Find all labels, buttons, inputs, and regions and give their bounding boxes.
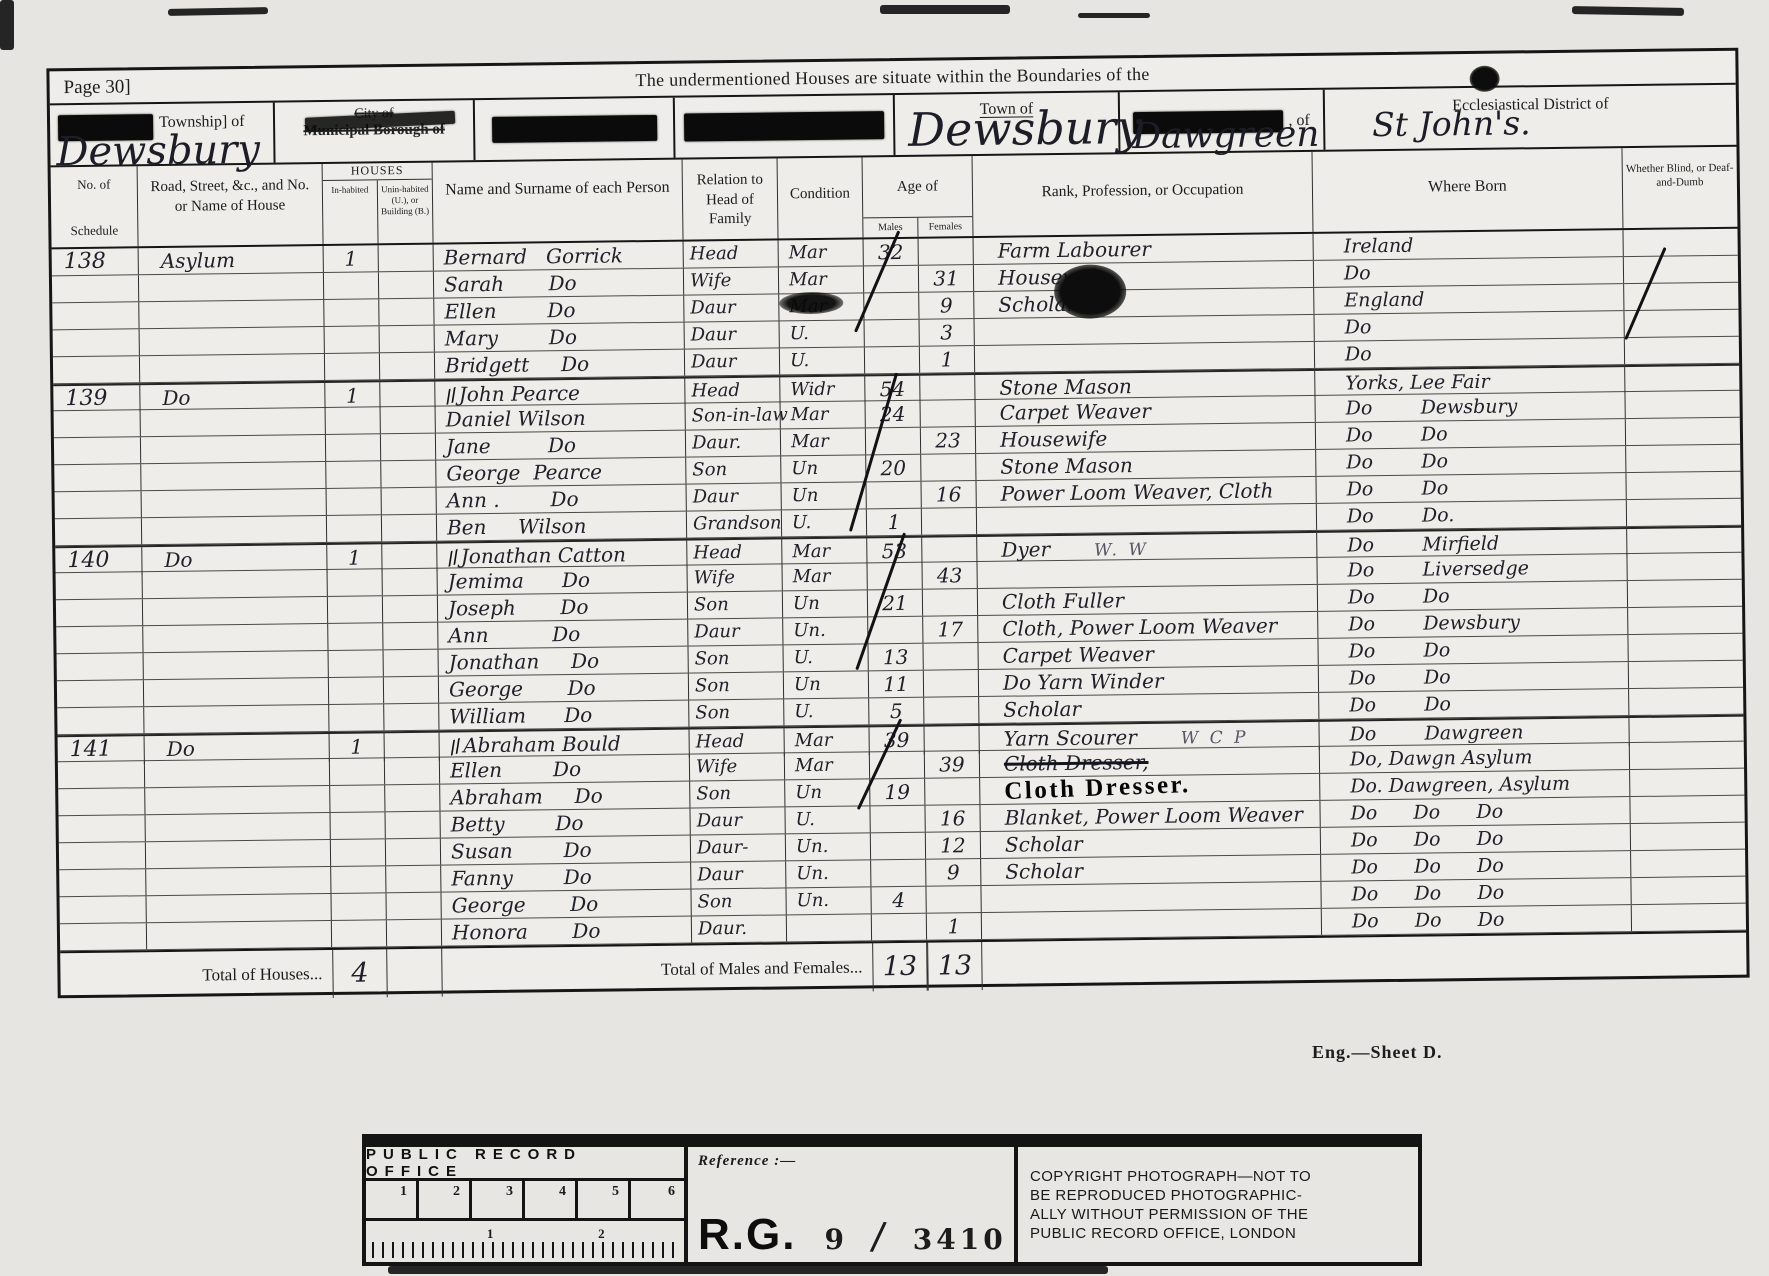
cell-inhabited xyxy=(329,677,384,704)
cell-born: Do Do. xyxy=(1317,500,1627,530)
cell-age-males: 4 xyxy=(871,887,926,914)
cell-blind xyxy=(1625,366,1739,393)
cell-name: George Do xyxy=(439,674,689,703)
pro-stamp-scale-section: PUBLIC RECORD OFFICE 123456 1 2 xyxy=(366,1147,688,1262)
cell-schedule xyxy=(53,329,140,356)
cell-name: Bernard Gorrick xyxy=(434,242,684,271)
cell-schedule xyxy=(56,572,143,599)
cell-inhabited xyxy=(327,488,382,515)
cell-occupation: Cloth Fuller xyxy=(978,585,1318,615)
cell-uninhabited xyxy=(379,245,434,272)
cell-inhabited xyxy=(326,407,381,434)
cell-age-males xyxy=(868,617,923,644)
cell-name: George Do xyxy=(441,890,691,919)
cell-age-females: 9 xyxy=(926,859,981,886)
cell-road xyxy=(145,759,330,787)
cell-age-females xyxy=(923,589,978,616)
cell-relation: Son xyxy=(691,888,786,915)
cell-relation: Son xyxy=(688,645,783,672)
redacted-box xyxy=(675,95,896,158)
cell-relation: Daur xyxy=(687,483,782,510)
cell-condition: Mar xyxy=(781,428,866,455)
cell-road xyxy=(139,300,324,328)
cell-inhabited xyxy=(331,839,386,866)
cell-name: Joseph Do xyxy=(438,593,688,622)
col-born-label: Where Born xyxy=(1428,178,1507,196)
cell-road xyxy=(144,678,329,706)
cell-inhabited xyxy=(331,812,386,839)
cell-schedule: 139 xyxy=(53,385,140,412)
cell-age-females xyxy=(921,454,976,481)
cell-schedule: 138 xyxy=(52,248,139,275)
cell-relation: Grandson xyxy=(687,510,782,537)
cell-road xyxy=(147,894,332,922)
copyright-line: BE REPRODUCED PHOTOGRAPHIC- xyxy=(1030,1187,1406,1204)
cell-condition: U. xyxy=(780,347,865,374)
cell-age-males xyxy=(871,860,926,887)
cell-relation: Son xyxy=(686,456,781,483)
cell-occupation: Carpet Weaver xyxy=(978,639,1318,669)
cell-schedule xyxy=(58,761,145,788)
pro-stamp: PUBLIC RECORD OFFICE 123456 1 2 Referenc… xyxy=(362,1134,1422,1266)
cell-blind xyxy=(1626,472,1740,499)
cell-condition: Un. xyxy=(783,617,868,644)
cell-schedule xyxy=(55,491,142,518)
household-mark: // xyxy=(445,385,457,409)
cell-relation: Head xyxy=(684,240,779,267)
cell-born: Do xyxy=(1314,257,1624,287)
town-value-handwriting: Dewsbury xyxy=(908,100,1143,157)
cell-uninhabited xyxy=(381,434,436,461)
total-houses-value: 4 xyxy=(332,949,388,998)
cell-born: Do Do xyxy=(1319,689,1629,719)
cell-name: Ann . Do xyxy=(437,485,687,514)
totals-spacer xyxy=(387,949,443,998)
cell-occupation xyxy=(982,909,1322,939)
col-relation: Relation to Head of Family xyxy=(683,158,779,239)
cell-born: Do Do Do xyxy=(1321,878,1631,908)
cell-name: Jane Do xyxy=(436,431,686,460)
cell-schedule xyxy=(52,275,139,302)
cell-born: Do Do Do xyxy=(1321,851,1631,881)
cell-relation: Daur xyxy=(691,861,786,888)
cell-inhabited xyxy=(328,569,383,596)
cell-occupation: Scholar xyxy=(979,693,1319,723)
cell-inhabited xyxy=(324,272,379,299)
cell-relation: Daur xyxy=(684,294,779,321)
copyright-line: ALLY WITHOUT PERMISSION OF THE xyxy=(1030,1206,1406,1223)
cell-blind xyxy=(1624,256,1738,283)
cell-name: Betty Do xyxy=(440,809,690,838)
cell-condition: Un. xyxy=(786,833,871,860)
cell-occupation: Housewife xyxy=(976,423,1316,453)
scale-number: 5 xyxy=(578,1181,631,1218)
col-females: Females xyxy=(918,217,972,237)
cell-blind xyxy=(1624,310,1738,337)
cell-inhabited xyxy=(326,461,381,488)
cell-uninhabited xyxy=(384,704,439,731)
cell-age-males xyxy=(870,806,925,833)
census-form: Page 30] The undermentioned Houses are s… xyxy=(46,48,1749,999)
cell-schedule xyxy=(52,302,139,329)
cell-age-females: 31 xyxy=(919,265,974,292)
cell-born: Do Dewsbury xyxy=(1318,608,1628,638)
cell-occupation xyxy=(977,558,1317,588)
cell-schedule xyxy=(54,410,141,437)
cell-name: Ellen Do xyxy=(440,755,690,784)
cell-age-males xyxy=(864,293,919,320)
cell-uninhabited xyxy=(379,272,434,299)
pro-ruler: 1 2 xyxy=(366,1221,684,1262)
cell-road: Do xyxy=(140,383,325,411)
cell-blind xyxy=(1632,904,1746,931)
cell-age-females: 12 xyxy=(926,832,981,859)
pro-stamp-reference-section: Reference :— R.G. 9 / 3410 xyxy=(688,1147,1018,1262)
cell-occupation: Scholar xyxy=(974,288,1314,318)
cell-road xyxy=(146,867,331,895)
reference-piece: 9 xyxy=(824,1223,843,1256)
cell-uninhabited xyxy=(383,623,438,650)
cell-age-males: 19 xyxy=(870,779,925,806)
cell-schedule xyxy=(59,815,146,842)
copyright-line: COPYRIGHT PHOTOGRAPH—NOT TO xyxy=(1030,1168,1406,1185)
cell-blind xyxy=(1629,661,1743,688)
scan-smudge xyxy=(388,1266,1108,1274)
pro-stamp-copyright-section: COPYRIGHT PHOTOGRAPH—NOT TOBE REPRODUCED… xyxy=(1018,1147,1418,1262)
cell-name: Mary Do xyxy=(435,323,685,352)
cell-uninhabited xyxy=(381,461,436,488)
cell-born: Do Do xyxy=(1316,419,1626,449)
cell-born: Do Do xyxy=(1318,581,1628,611)
ruler-number: 1 xyxy=(487,1226,494,1242)
cell-road xyxy=(147,921,332,949)
cell-age-males: 20 xyxy=(866,455,921,482)
col-road-label: Road, Street, &c., and No. or Name of Ho… xyxy=(150,177,309,214)
col-inhabited: In-habited xyxy=(323,180,379,244)
cell-relation: Daur. xyxy=(692,915,787,942)
col-occupation-label: Rank, Profession, or Occupation xyxy=(1041,181,1243,200)
cell-uninhabited xyxy=(379,299,434,326)
cell-inhabited xyxy=(329,650,384,677)
total-mf-label: Total of Males and Females... xyxy=(442,943,873,996)
cell-condition: Un xyxy=(784,671,869,698)
cell-condition: U. xyxy=(780,320,865,347)
cell-schedule xyxy=(55,518,142,545)
ruler-ticks xyxy=(372,1242,678,1258)
cell-inhabited xyxy=(325,353,380,380)
cell-condition: Un xyxy=(783,590,868,617)
cell-age-males xyxy=(872,914,927,941)
cell-relation: Daur. xyxy=(686,429,781,456)
cell-relation: Daur xyxy=(685,348,780,375)
cell-name: Abraham Do xyxy=(440,782,690,811)
cell-occupation xyxy=(981,882,1321,912)
cell-age-females xyxy=(925,778,980,805)
cell-born: Do Do Do xyxy=(1321,824,1631,854)
cell-name: Sarah Do xyxy=(434,269,684,298)
cell-born: Ireland xyxy=(1313,230,1623,260)
cell-born: Do Dewsbury xyxy=(1315,392,1625,422)
cell-uninhabited xyxy=(387,920,442,947)
cell-occupation: Blanket, Power Loom Weaver xyxy=(980,801,1320,831)
reference-separator: / xyxy=(869,1213,888,1258)
col-condition-label: Condition xyxy=(790,186,850,203)
cell-name: Daniel Wilson xyxy=(436,404,686,433)
scan-smudge xyxy=(880,5,1010,14)
cell-condition: Mar xyxy=(779,239,864,266)
cell-road xyxy=(140,354,325,382)
cell-inhabited xyxy=(325,326,380,353)
cell-age-females xyxy=(922,508,977,535)
cell-age-males: 13 xyxy=(868,644,923,671)
cell-born: Do Do xyxy=(1316,473,1626,503)
pro-scale-cells: 123456 xyxy=(366,1181,684,1221)
cell-uninhabited xyxy=(386,893,441,920)
cell-age-females: 39 xyxy=(925,751,980,778)
household-mark: // xyxy=(446,547,458,571)
cell-inhabited xyxy=(332,920,387,947)
cell-blind xyxy=(1625,337,1739,364)
cell-inhabited xyxy=(328,623,383,650)
cell-uninhabited xyxy=(382,488,437,515)
cell-inhabited: 1 xyxy=(324,245,379,272)
cell-born: England xyxy=(1314,284,1624,314)
cell-road xyxy=(139,273,324,301)
reference-label: Reference :— xyxy=(698,1153,1004,1170)
cell-born: Do Liversedge xyxy=(1317,554,1627,584)
cell-relation: Head xyxy=(685,377,780,404)
cell-inhabited xyxy=(331,893,386,920)
cell-blind xyxy=(1628,634,1742,661)
cell-age-females: 16 xyxy=(921,481,976,508)
cell-age-males: 1 xyxy=(867,509,922,536)
cell-age-females xyxy=(924,697,979,724)
cell-uninhabited xyxy=(382,515,437,542)
cell-age-females: 23 xyxy=(921,427,976,454)
cell-inhabited xyxy=(326,434,381,461)
col-schedule: No. of Schedule xyxy=(51,166,139,247)
cell-relation: Wife xyxy=(690,753,785,780)
cell-age-females xyxy=(920,375,975,402)
cell-born: Do Do xyxy=(1319,662,1629,692)
cell-uninhabited xyxy=(380,326,435,353)
cell-road xyxy=(141,435,326,463)
cell-schedule xyxy=(58,788,145,815)
cell-occupation xyxy=(975,342,1315,372)
cell-born: Do. Dawgreen, Asylum xyxy=(1320,770,1630,800)
cell-age-females xyxy=(926,886,981,913)
scan-smudge xyxy=(1078,13,1150,18)
cell-condition: Un xyxy=(781,455,866,482)
cell-blind xyxy=(1625,391,1739,418)
cell-age-males xyxy=(865,320,920,347)
col-relation-label: Relation to Head of Family xyxy=(697,172,763,228)
cell-occupation: Power Loom Weaver, Cloth xyxy=(976,477,1316,507)
cell-condition: Un. xyxy=(786,887,871,914)
cell-blind xyxy=(1631,823,1745,850)
redacted-box xyxy=(475,98,676,160)
household-mark: // xyxy=(449,736,461,760)
cell-uninhabited xyxy=(386,839,441,866)
cell-condition: Mar xyxy=(779,266,864,293)
cell-name: Honora Do xyxy=(442,917,692,946)
hamlet-value-handwriting: Dawgreen xyxy=(1132,114,1320,157)
cell-age-males: 11 xyxy=(869,671,924,698)
cell-condition: Un xyxy=(785,779,870,806)
cell-road xyxy=(146,840,331,868)
cell-uninhabited xyxy=(386,866,441,893)
township-value-handwriting: Dewsbury xyxy=(56,127,260,175)
cell-uninhabited xyxy=(384,650,439,677)
cell-blind xyxy=(1627,553,1741,580)
borough-box: City of Municipal Borough of xyxy=(275,100,476,162)
cell-blind xyxy=(1626,418,1740,445)
cell-schedule xyxy=(53,356,140,383)
cell-uninhabited xyxy=(383,596,438,623)
pro-office-label: PUBLIC RECORD OFFICE xyxy=(366,1147,684,1181)
cell-relation: Wife xyxy=(684,267,779,294)
cell-occupation: Cloth Dresser. xyxy=(980,774,1320,804)
cell-relation: Son xyxy=(688,591,783,618)
cell-born: Do Do xyxy=(1318,635,1628,665)
cell-name: Ben Wilson xyxy=(437,512,687,541)
cell-uninhabited xyxy=(383,569,438,596)
cell-road xyxy=(143,597,328,625)
cell-name: Jemima Do xyxy=(438,566,688,595)
cell-road xyxy=(144,705,329,733)
scan-smudge xyxy=(0,0,14,50)
col-blind: Whether Blind, or Deaf-and-Dumb xyxy=(1622,147,1737,228)
cell-relation: Daur xyxy=(690,807,785,834)
cell-relation: Son xyxy=(690,780,785,807)
col-name: Name and Surname of each Person xyxy=(433,160,684,243)
col-condition: Condition xyxy=(778,157,864,238)
cell-inhabited xyxy=(330,785,385,812)
cell-relation: Son xyxy=(689,699,784,726)
cell-name: George Pearce xyxy=(436,458,686,487)
cell-occupation xyxy=(975,315,1315,345)
cell-schedule xyxy=(57,680,144,707)
cell-road xyxy=(143,624,328,652)
cell-blind xyxy=(1626,445,1740,472)
cell-age-males xyxy=(871,833,926,860)
cell-age-females: 1 xyxy=(927,913,982,940)
col-houses-label: HOUSES xyxy=(323,163,432,181)
cell-age-females xyxy=(919,238,974,265)
cell-occupation: Housewife xyxy=(974,261,1314,291)
cell-condition: U. xyxy=(784,698,869,725)
cell-age-females: 3 xyxy=(920,319,975,346)
cell-occupation: Cloth, Power Loom Weaver xyxy=(978,612,1318,642)
cell-relation: Daur- xyxy=(691,834,786,861)
cell-uninhabited xyxy=(385,812,440,839)
cell-uninhabited xyxy=(385,785,440,812)
cell-road xyxy=(140,327,325,355)
cell-occupation: Scholar xyxy=(981,855,1321,885)
cell-age-females xyxy=(923,643,978,670)
cell-occupation xyxy=(977,504,1317,534)
scale-number: 4 xyxy=(525,1181,578,1218)
cell-schedule xyxy=(60,896,147,923)
cell-blind xyxy=(1631,850,1745,877)
cell-name: William Do xyxy=(439,701,689,730)
cell-uninhabited xyxy=(384,677,439,704)
cell-condition: Un. xyxy=(786,860,871,887)
cell-condition: U. xyxy=(785,806,870,833)
total-houses-label: Total of Houses... xyxy=(60,950,333,1001)
cell-condition: Mar xyxy=(781,401,866,428)
cell-uninhabited xyxy=(380,353,435,380)
cell-age-males: 5 xyxy=(869,698,924,725)
scale-number: 1 xyxy=(366,1181,419,1218)
cell-relation: Daur xyxy=(685,321,780,348)
copyright-line: PUBLIC RECORD OFFICE, LONDON xyxy=(1030,1225,1406,1242)
cell-name: Fanny Do xyxy=(441,863,691,892)
cell-age-males: 24 xyxy=(866,401,921,428)
cell-condition: Un xyxy=(782,482,867,509)
cell-schedule xyxy=(56,599,143,626)
cell-schedule xyxy=(59,869,146,896)
cell-relation: Wife xyxy=(688,564,783,591)
cell-road: Asylum xyxy=(139,246,324,274)
cell-condition: Widr xyxy=(780,376,865,403)
col-males: Males xyxy=(863,218,918,238)
redaction-bar xyxy=(492,115,657,143)
cell-schedule xyxy=(56,626,143,653)
cell-relation: Son-in-law xyxy=(686,402,781,429)
col-name-label: Name and Surname of each Person xyxy=(445,179,670,199)
cell-age-females xyxy=(924,670,979,697)
cell-age-females xyxy=(921,400,976,427)
cell-uninhabited xyxy=(381,407,436,434)
cell-born: Do xyxy=(1315,338,1625,368)
cell-occupation: Carpet Weaver xyxy=(976,396,1316,426)
cell-blind xyxy=(1629,688,1743,715)
cell-age-females: 9 xyxy=(919,292,974,319)
cell-condition: Mar xyxy=(782,563,867,590)
cell-born: Do, Dawgn Asylum xyxy=(1320,743,1630,773)
cell-age-males xyxy=(867,563,922,590)
cell-road xyxy=(144,651,329,679)
cell-inhabited xyxy=(327,515,382,542)
cell-age-males xyxy=(865,347,920,374)
cell-blind xyxy=(1630,796,1744,823)
cell-occupation: Stone Mason xyxy=(976,450,1316,480)
cell-uninhabited xyxy=(380,382,435,409)
table-body: 138Asylum1Bernard GorrickHeadMar32Farm L… xyxy=(52,229,1746,952)
redaction-bar xyxy=(684,111,884,141)
cell-relation: Daur xyxy=(688,618,783,645)
cell-schedule xyxy=(54,464,141,491)
cell-age-males xyxy=(867,482,922,509)
col-age-label: Age of xyxy=(863,156,973,217)
cell-occupation: Do Yarn Winder xyxy=(979,666,1319,696)
cell-road xyxy=(142,489,327,517)
cell-name: Ellen Do xyxy=(434,296,684,325)
total-males-value: 13 xyxy=(872,943,928,992)
scale-number: 6 xyxy=(631,1181,684,1218)
total-females-value: 13 xyxy=(927,942,983,991)
cell-schedule xyxy=(57,707,144,734)
cell-name: Ann Do xyxy=(438,620,688,649)
cell-inhabited xyxy=(330,758,385,785)
cell-schedule xyxy=(60,923,147,950)
cell-born: Do Do Do xyxy=(1320,797,1630,827)
cell-inhabited xyxy=(324,299,379,326)
cell-road xyxy=(142,516,327,544)
col-schedule-top: No. of xyxy=(53,176,135,193)
ecclesiastical-value-handwriting: St John's. xyxy=(1372,103,1531,144)
